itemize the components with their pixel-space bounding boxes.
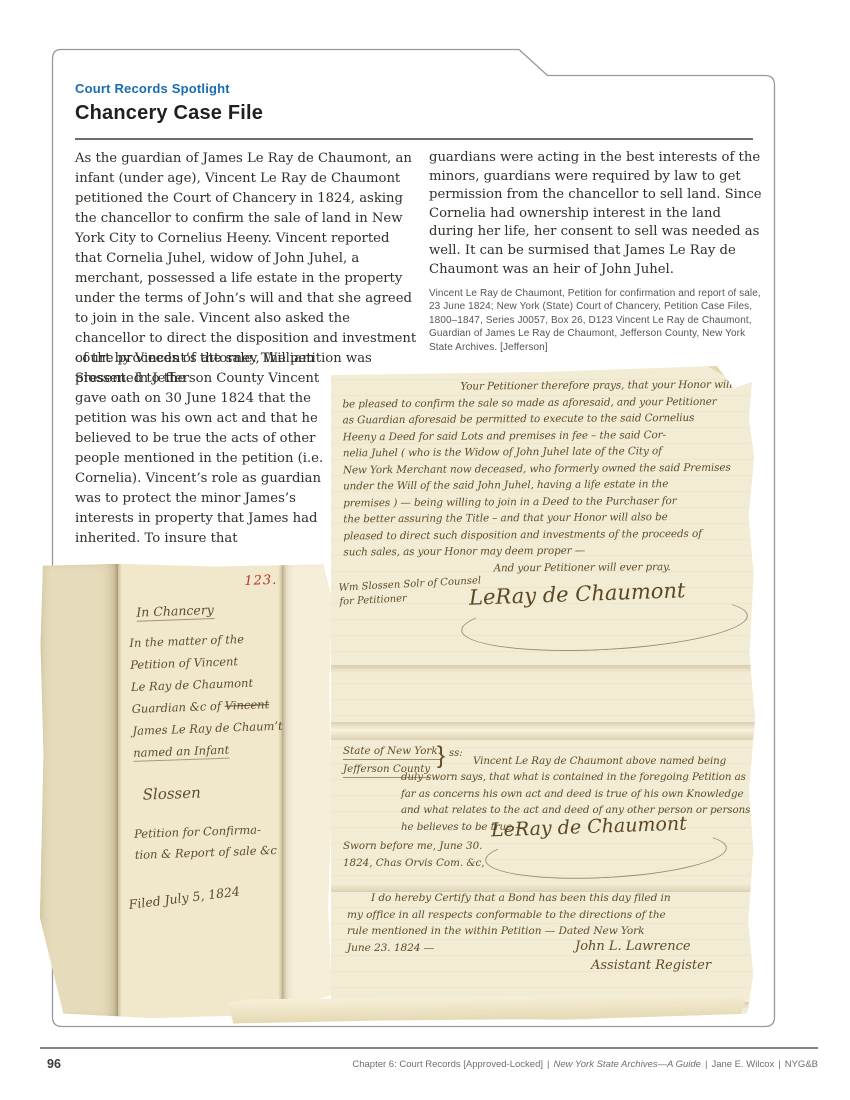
handwriting-line: Sworn before me, June 30. — [343, 838, 485, 855]
section-eyebrow: Court Records Spotlight — [75, 81, 230, 96]
handwriting-line: duly sworn says, that what is contained … — [401, 769, 747, 785]
handwriting-line: pleased to direct such disposition and i… — [343, 526, 747, 545]
oath-section-handwriting: State of New York. Jefferson County } ss… — [343, 742, 747, 778]
handwriting-line: 1824, Chas Orvis Com. &c, — [343, 855, 485, 872]
petition-subject-handwriting: Petition for Confirma- tion & Report of … — [134, 819, 278, 866]
publisher-name: NYG&B — [785, 1059, 818, 1070]
attorney-of-counsel-note: Wm Slossen Solr of Counsel for Petitione… — [338, 574, 482, 609]
handwriting-line: I do hereby Certify that a Bond has been… — [347, 890, 747, 907]
underlined-handwriting: named an Infant — [133, 743, 229, 762]
paper-section-seam — [331, 722, 755, 740]
cover-handwriting: 123. In Chancery In the matter of the Pe… — [39, 555, 347, 1020]
book-page: Court Records Spotlight Chancery Case Fi… — [0, 0, 850, 1100]
docket-cover-photo: 123. In Chancery In the matter of the Pe… — [40, 563, 332, 1018]
running-footer: Chapter 6: Court Records [Approved-Locke… — [352, 1059, 818, 1070]
filed-date-handwriting: Filed July 5, 1824 — [128, 883, 241, 912]
chapter-label: Chapter 6: Court Records [Approved-Locke… — [352, 1059, 543, 1070]
handwriting-line: far as concerns his own act and deed is … — [401, 786, 747, 802]
page-number: 96 — [47, 1057, 61, 1071]
petition-prayer-handwriting: Your Petitioner therefore prays, that yo… — [342, 377, 747, 578]
page-title: Chancery Case File — [75, 102, 263, 125]
handwriting-line: named an Infant — [133, 737, 284, 764]
author-name: Jane E. Wilcox — [711, 1059, 774, 1070]
register-title: Assistant Register — [591, 958, 711, 973]
court-name-handwriting: In Chancery — [136, 602, 214, 622]
petition-document-photo: Your Petitioner therefore prays, that yo… — [331, 366, 755, 1020]
handwriting-line: as Guardian aforesaid be permitted to ex… — [343, 410, 747, 429]
handwriting-line: New York Merchant now deceased, who form… — [343, 459, 747, 478]
bond-certificate-handwriting: I do hereby Certify that a Bond has been… — [347, 890, 747, 956]
handwriting-line: rule mentioned in the within Petition — … — [347, 923, 747, 940]
paper-fold-crease — [331, 665, 755, 673]
footer-separator: | — [778, 1059, 780, 1070]
book-title: New York State Archives—A Guide — [553, 1059, 701, 1070]
handwriting-line: And your Petitioner will ever pray. — [344, 559, 748, 578]
source-citation: Vincent Le Ray de Chaumont, Petition for… — [429, 287, 763, 354]
handwriting-line: tion & Report of sale &c — [134, 840, 277, 866]
footer-separator: | — [547, 1059, 549, 1070]
footer-separator: | — [705, 1059, 707, 1070]
handwriting-line: my office in all respects conformable to… — [347, 907, 747, 924]
article-column2: guardians were acting in the best intere… — [429, 149, 763, 279]
title-rule — [75, 138, 753, 140]
struck-word: Vincent — [224, 697, 269, 713]
attorney-name-handwriting: Slossen — [142, 784, 201, 804]
docket-number: 123. — [197, 573, 277, 591]
handwriting-line: Vincent Le Ray de Chaumont above named b… — [473, 753, 747, 769]
register-signature: John L. Lawrence — [575, 939, 691, 954]
case-caption-handwriting: In the matter of the Petition of Vincent… — [129, 627, 284, 764]
article-column1-lower: court by Vincent’s attorney, William Slo… — [75, 349, 329, 549]
footer-rule — [40, 1047, 818, 1049]
jurat-handwriting: Sworn before me, June 30. 1824, Chas Orv… — [343, 838, 485, 871]
handwriting-segment: Guardian &c of — [131, 699, 225, 716]
